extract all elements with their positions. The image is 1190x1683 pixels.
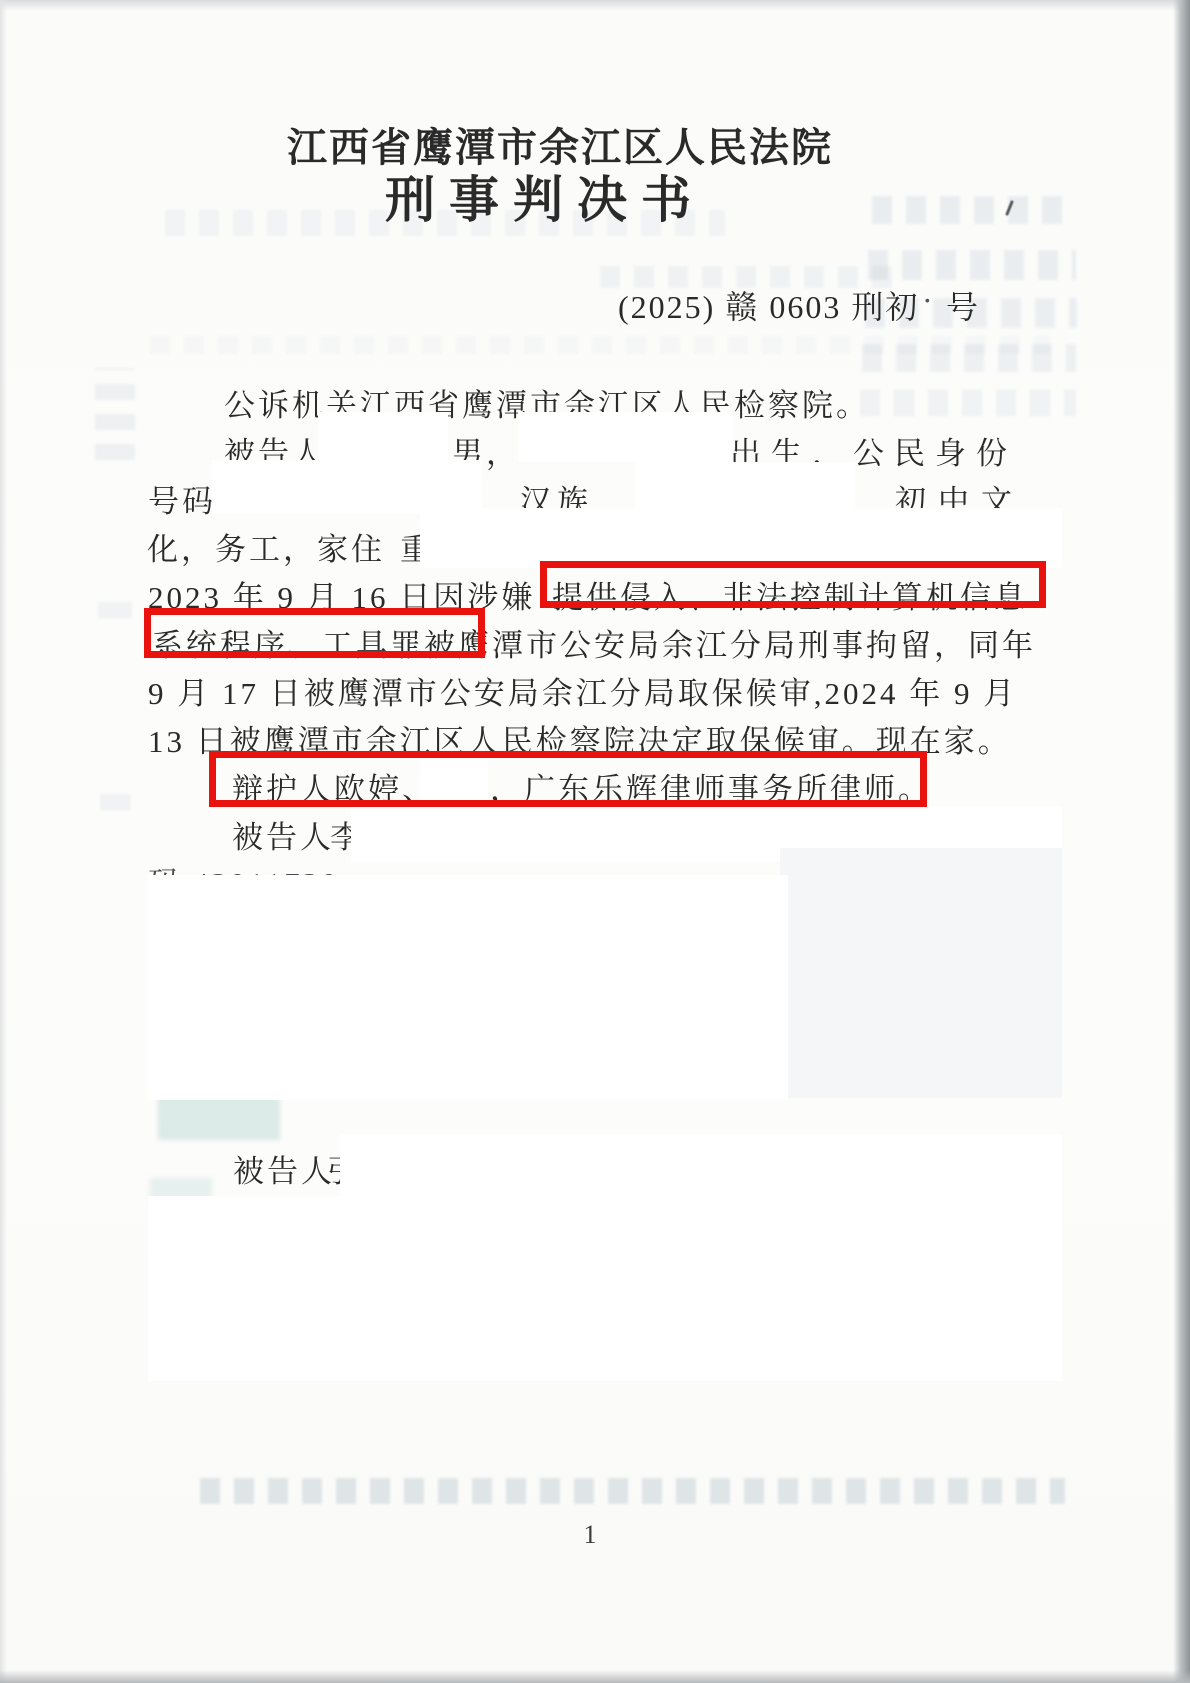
bleedthrough-artifact [95,368,135,460]
redaction-box [318,412,448,460]
redaction-box [420,508,1062,568]
bleedthrough-artifact [200,1478,1065,1504]
bleedthrough-artifact [150,336,1050,354]
scan-edge-left [0,0,7,1683]
document-title: 刑事判决书 [185,160,905,232]
redaction-box [212,460,482,514]
defendant3-lead: 被告人 [233,1146,335,1191]
redaction-box [148,875,788,1100]
scan-edge-right [1173,0,1190,1683]
bail-line2: 13 日被鹰潭市余江区人民检察院决定取保候审。现在家。 [148,716,1012,761]
defender-line-lead: 辩护人欧婷、 [232,764,436,809]
bleedthrough-artifact [862,344,1076,372]
pen-mark [1005,200,1014,216]
bail-line1: 9 月 17 日被鹰潭市公安局余江分局取保候审,2024 年 9 月 [148,668,1017,713]
bleedthrough-artifact [100,784,130,810]
case-number-suffix: 号 [946,282,981,328]
redaction-box [148,1196,1062,1381]
detention-line2-plain: 鹰潭市公安局余江分局刑事拘留，同年 [458,620,1036,665]
bleedthrough-artifact [98,588,132,618]
redaction-box [518,412,733,462]
redaction-box [635,462,855,512]
redaction-box [340,1134,1062,1196]
scan-edge-top [0,0,1190,11]
bleedthrough-artifact [158,1094,280,1140]
scan-edge-bottom [0,1670,1190,1683]
bleedthrough-artifact [860,390,1076,416]
detention-line2-highlighted: 系统程序、工具罪被 [152,620,458,665]
redaction-box [420,760,488,802]
id2-partial-text: 码 43011730 [148,858,340,875]
detention-line1-plain: 2023 年 9 月 16 日因涉嫌 [148,572,535,617]
case-number-prefix: (2025) 赣 0603 刑初 [618,282,919,328]
id-line-lead: 号码 [148,476,216,521]
defendant2-lead: 被告人 [232,812,334,857]
bleedthrough-artifact [868,250,1076,280]
defender-line-tail: ，广东乐辉律师事务所律师。 [490,764,932,809]
detention-line1-highlighted: 提供侵入、非法控制计算机信息 [552,572,1028,617]
case-number-dot: · [922,282,933,319]
scanned-judgment-page: 江西省鹰潭市余江区人民法院 刑事判决书 (2025) 赣 0603 刑初 · 号… [0,0,1190,1683]
redaction-box-grey [780,848,1062,1098]
page-number: 1 [560,1520,620,1550]
residence-line: 化，务工，家住 [147,524,385,569]
